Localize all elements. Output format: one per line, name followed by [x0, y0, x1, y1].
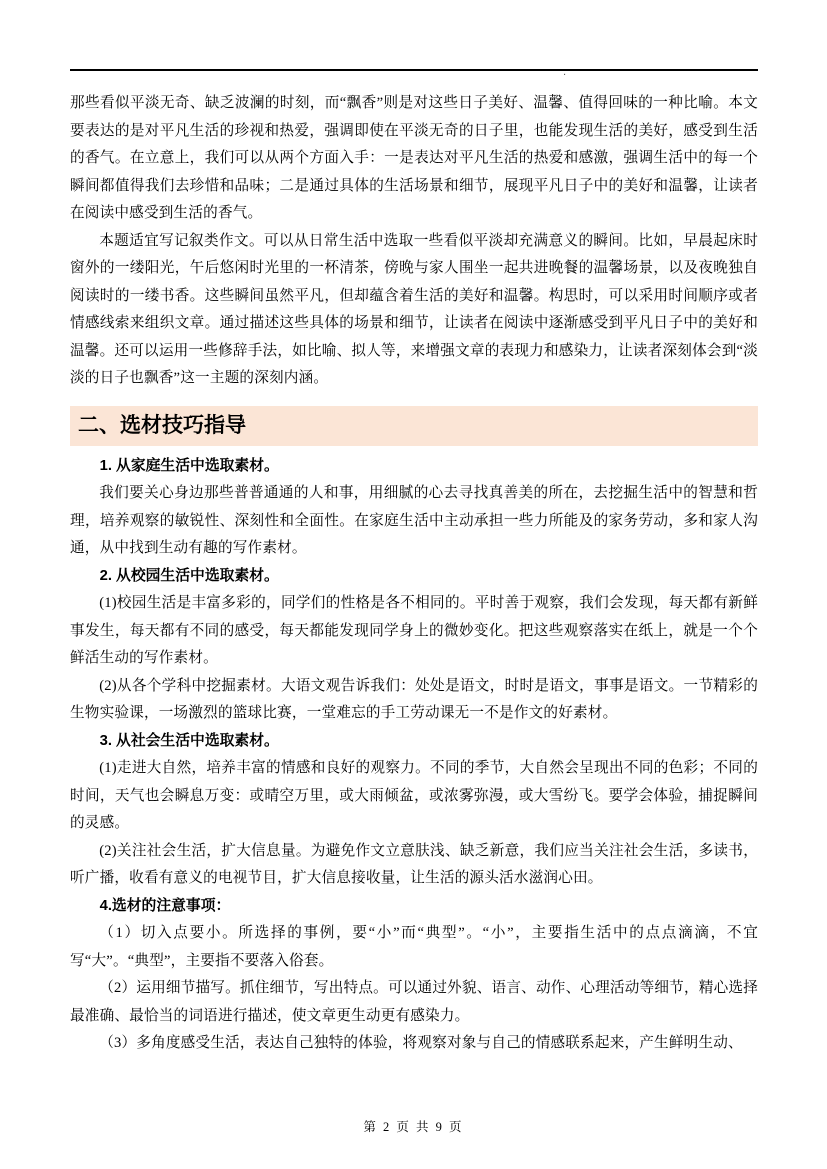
section-heading: 二、选材技巧指导: [78, 414, 246, 437]
paragraph-social-life-2: (2)关注社会生活，扩大信息量。为避免作文立意肤浅、缺乏新意，我们应当关注社会生…: [70, 838, 758, 893]
stray-mark: ·: [563, 70, 566, 81]
paragraph-material-note-2: （2）运用细节描写。抓住细节，写出特点。可以通过外貌、语言、动作、心理活动等细节…: [70, 975, 758, 1030]
subheading-social-life: 3. 从社会生活中选取素材。: [70, 728, 758, 756]
paragraph-writing-advice: 本题适宜写记叙类作文。可以从日常生活中选取一些看似平淡却充满意义的瞬间。比如，早…: [70, 228, 758, 393]
page-number-text: 第 2 页 共 9 页: [363, 1120, 463, 1134]
section-heading-bar: 二、选材技巧指导: [70, 406, 758, 446]
paragraph-social-life-1: (1)走进大自然，培养丰富的情感和良好的观察力。不同的季节，大自然会呈现出不同的…: [70, 755, 758, 838]
paragraph-intent-analysis: 那些看似平淡无奇、缺乏波澜的时刻，而“飘香”则是对这些日子美好、温馨、值得回味的…: [70, 90, 758, 228]
paragraph-school-life-1: (1)校园生活是丰富多彩的，同学们的性格是各不相同的。平时善于观察，我们会发现，…: [70, 590, 758, 673]
subheading-family-life: 1. 从家庭生活中选取素材。: [70, 453, 758, 481]
paragraph-material-note-3: （3）多角度感受生活，表达自己独特的体验，将观察对象与自己的情感联系起来，产生鲜…: [70, 1030, 758, 1058]
document-content: 那些看似平淡无奇、缺乏波澜的时刻，而“飘香”则是对这些日子美好、温馨、值得回味的…: [70, 90, 758, 1058]
header-rule: [70, 69, 758, 71]
paragraph-family-life: 我们要关心身边那些普普通通的人和事，用细腻的心去寻找真善美的所在，去挖掘生活中的…: [70, 480, 758, 563]
page-footer: 第 2 页 共 9 页: [0, 1117, 827, 1135]
subheading-material-notes: 4.选材的注意事项：: [70, 893, 758, 921]
document-page: · 那些看似平淡无奇、缺乏波澜的时刻，而“飘香”则是对这些日子美好、温馨、值得回…: [0, 0, 827, 1169]
paragraph-school-life-2: (2)从各个学科中挖掘素材。大语文观告诉我们：处处是语文，时时是语文，事事是语文…: [70, 673, 758, 728]
paragraph-material-note-1: （1）切入点要小。所选择的事例，要“小”而“典型”。“小”，主要指生活中的点点滴…: [70, 920, 758, 975]
subheading-school-life: 2. 从校园生活中选取素材。: [70, 563, 758, 591]
